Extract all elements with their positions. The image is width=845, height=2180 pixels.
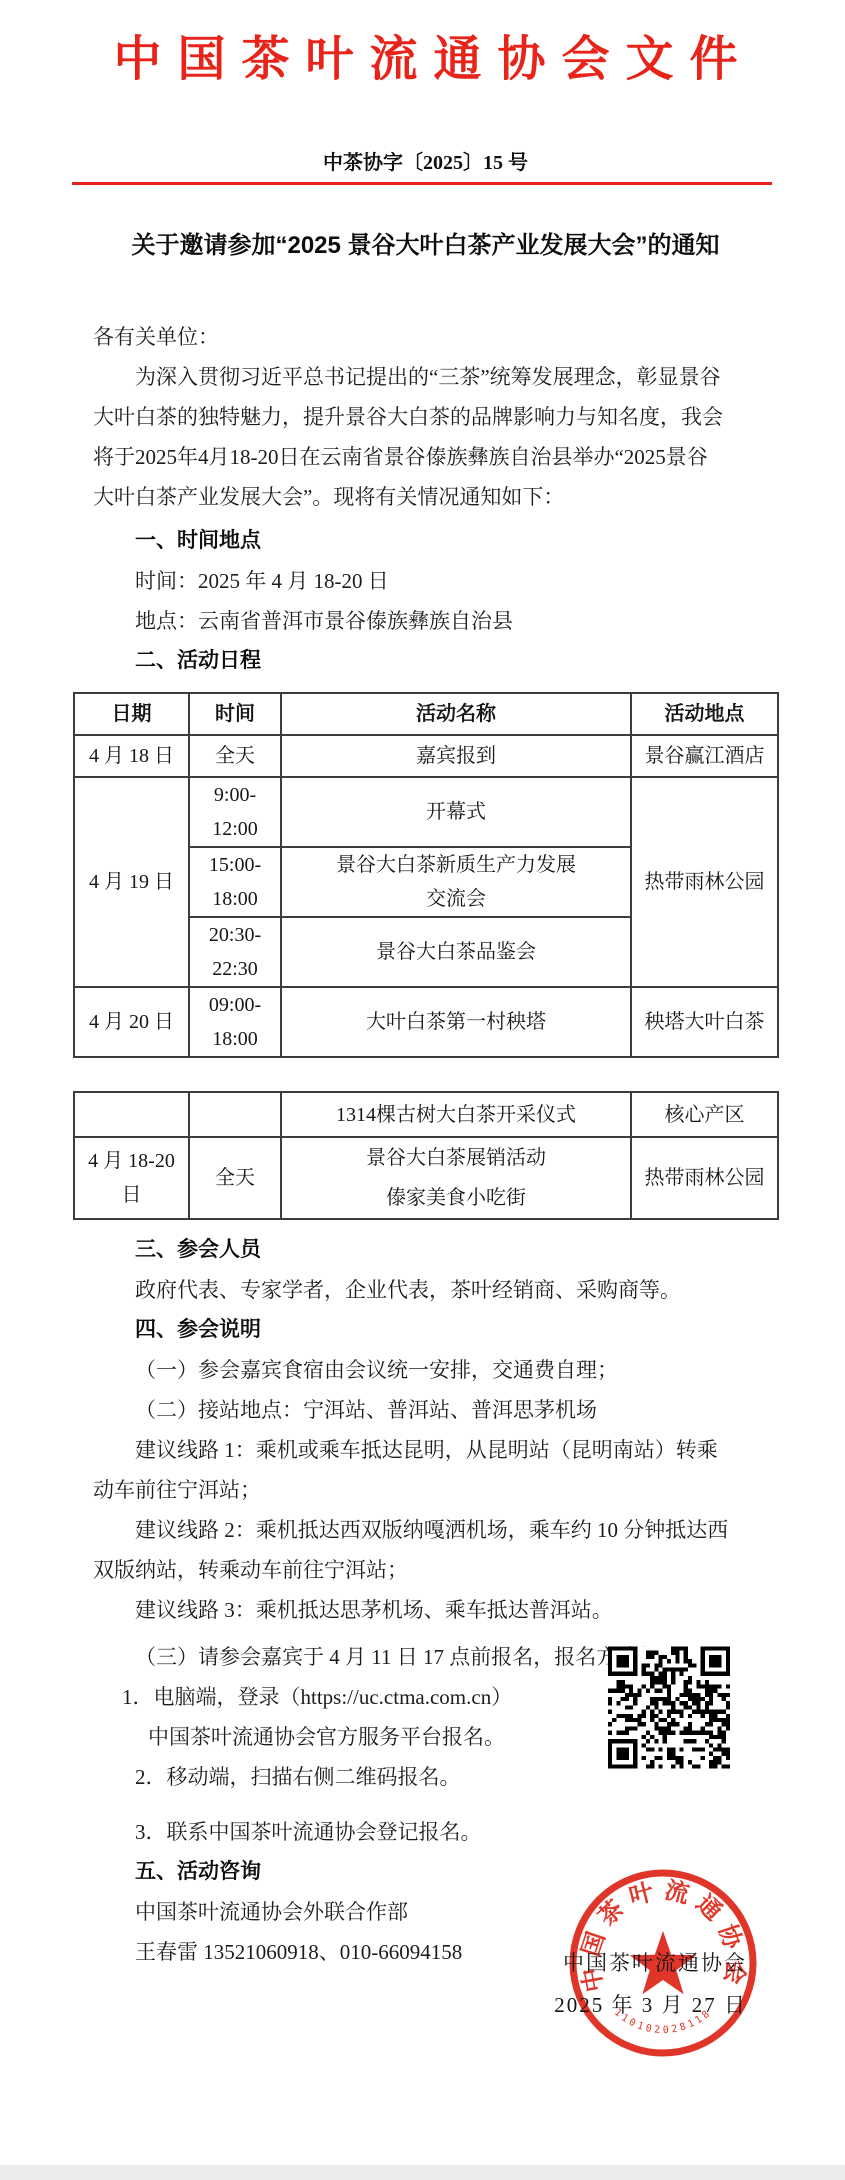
table-cell xyxy=(74,1092,189,1137)
table-cell: 景谷大白茶新质生产力发展 交流会 xyxy=(281,847,631,917)
table-cell: 4 月 18 日 xyxy=(74,735,189,777)
table-row: 4 月 20 日 09:00-18:00 大叶白茶第一村秧塔 秧塔大叶白茶 xyxy=(74,987,778,1057)
table-row: 1314棵古树大白茶开采仪式 核心产区 xyxy=(74,1092,778,1137)
intro-paragraph: 为深入贯彻习近平总书记提出的“三茶”统筹发展理念，彰显景谷 大叶白茶的独特魅力，… xyxy=(93,357,758,517)
route-1: 建议线路 1：乘机或乘车抵达昆明，从昆明站（昆明南站）转乘 动车前往宁洱站； xyxy=(93,1430,758,1510)
table-cell: 热带雨林公园 xyxy=(631,777,778,987)
attendees-line: 政府代表、专家学者，企业代表，茶叶经销商、采购商等。 xyxy=(93,1270,758,1310)
table-cell: 全天 xyxy=(189,735,281,777)
document-page: 中国茶叶流通协会文件 中茶协字〔2025〕15 号 关于邀请参加“2025 景谷… xyxy=(0,0,845,2180)
table-cell xyxy=(189,1092,281,1137)
note-2: （二）接站地点：宁洱站、普洱站、普洱思茅机场 xyxy=(93,1390,758,1430)
table-row: 4 月 18 日 全天 嘉宾报到 景谷赢江酒店 xyxy=(74,735,778,777)
place-line: 地点：云南省普洱市景谷傣族彝族自治县 xyxy=(93,601,758,641)
page-bottom-strip xyxy=(0,2165,845,2180)
org-title: 中国茶叶流通协会文件 xyxy=(93,30,758,90)
section-heading-3: 三、参会人员 xyxy=(93,1230,758,1270)
table-cell: 大叶白茶第一村秧塔 xyxy=(281,987,631,1057)
note-1: （一）参会嘉宾食宿由会议统一安排，交通费自理； xyxy=(93,1350,758,1390)
table-cell: 15:00-18:00 xyxy=(189,847,281,917)
table-cell: 景谷大白茶展销活动 傣家美食小吃街 xyxy=(281,1137,631,1219)
table-cell: 全天 xyxy=(189,1137,281,1219)
table-cell: 4 月 18-20 日 xyxy=(74,1137,189,1219)
table-cell: 景谷大白茶品鉴会 xyxy=(281,917,631,987)
time-line: 时间：2025 年 4 月 18-20 日 xyxy=(93,561,758,601)
table-header-cell: 日期 xyxy=(74,693,189,735)
table-header-cell: 活动名称 xyxy=(281,693,631,735)
signature-date: 2025 年 3 月 27 日 xyxy=(554,1985,747,2025)
section-heading-1: 一、时间地点 xyxy=(93,521,758,561)
table-cell: 09:00-18:00 xyxy=(189,987,281,1057)
salutation: 各有关单位： xyxy=(93,317,758,357)
table-cell: 景谷赢江酒店 xyxy=(631,735,778,777)
table-cell: 9:00-12:00 xyxy=(189,777,281,847)
qr-code xyxy=(608,1642,730,1773)
signature-org: 中国茶叶流通协会 xyxy=(563,1943,747,1983)
table-cell: 嘉宾报到 xyxy=(281,735,631,777)
register-item-3: 3．联系中国茶叶流通协会登记报名。 xyxy=(93,1812,758,1852)
table-cell: 4 月 19 日 xyxy=(74,777,189,987)
route-2: 建议线路 2：乘机抵达西双版纳嘎洒机场，乘车约 10 分钟抵达西 双版纳站，转乘… xyxy=(93,1510,758,1590)
table-cell: 1314棵古树大白茶开采仪式 xyxy=(281,1092,631,1137)
table-cell: 20:30-22:30 xyxy=(189,917,281,987)
table-cell: 开幕式 xyxy=(281,777,631,847)
schedule-table: 日期 时间 活动名称 活动地点 4 月 18 日 全天 嘉宾报到 景谷赢江酒店 … xyxy=(73,692,779,1058)
doc-number: 中茶协字〔2025〕15 号 xyxy=(93,148,758,178)
table-header-cell: 时间 xyxy=(189,693,281,735)
table-cell: 4 月 20 日 xyxy=(74,987,189,1057)
table-cell: 秧塔大叶白茶 xyxy=(631,987,778,1057)
section-heading-4: 四、参会说明 xyxy=(93,1310,758,1350)
table-cell: 热带雨林公园 xyxy=(631,1137,778,1219)
table-header-row: 日期 时间 活动名称 活动地点 xyxy=(74,693,778,735)
route-3: 建议线路 3：乘机抵达思茅机场、乘车抵达普洱站。 xyxy=(93,1590,758,1630)
extra-schedule-table: 1314棵古树大白茶开采仪式 核心产区 4 月 18-20 日 全天 景谷大白茶… xyxy=(73,1091,779,1220)
table-cell: 核心产区 xyxy=(631,1092,778,1137)
table-row: 4 月 18-20 日 全天 景谷大白茶展销活动 傣家美食小吃街 热带雨林公园 xyxy=(74,1137,778,1219)
red-divider xyxy=(72,182,772,185)
doc-title: 关于邀请参加“2025 景谷大叶白茶产业发展大会”的通知 xyxy=(93,221,758,271)
section-heading-2: 二、活动日程 xyxy=(93,641,758,681)
table-row: 4 月 19 日 9:00-12:00 开幕式 热带雨林公园 xyxy=(74,777,778,847)
table-header-cell: 活动地点 xyxy=(631,693,778,735)
